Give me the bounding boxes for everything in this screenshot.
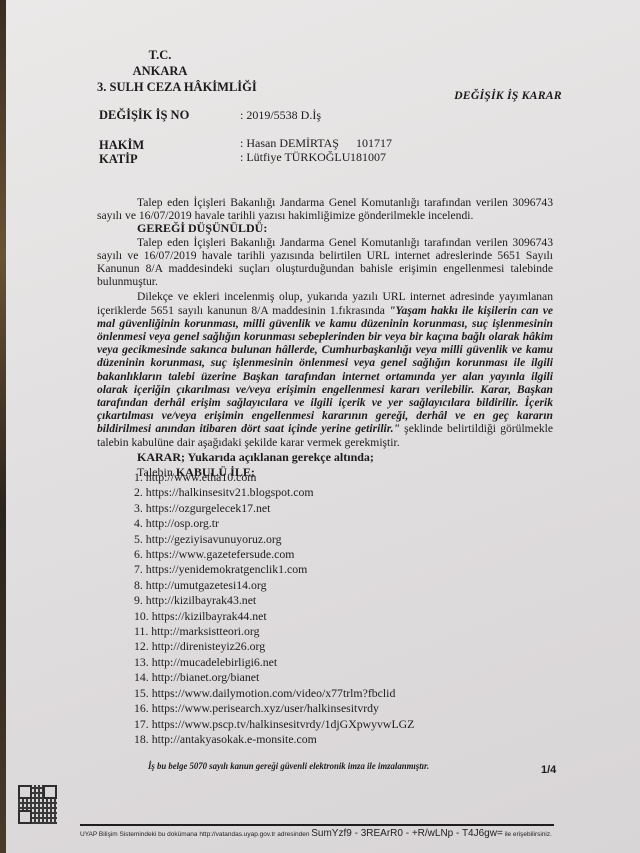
e-signature-note: İş bu belge 5070 sayılı kanun gereği güv… (148, 762, 429, 772)
url-item: 9. http://kizilbayrak43.net (134, 593, 414, 608)
url-item: 4. http://osp.org.tr (134, 516, 414, 531)
url-item: 13. http://mucadelebirligi6.net (134, 655, 414, 670)
url-item: 12. http://direnisteyiz26.org (134, 639, 414, 654)
uyap-code: SumYzf9 - 3REArR0 - +R/wLNp - T4J6gw= (311, 828, 503, 839)
blocked-url-list: 1. http://www.etha10.com 2. https://halk… (134, 470, 414, 747)
url-item: 3. https://ozgurgelecek17.net (134, 501, 414, 516)
document-body: Talep eden İçişleri Bakanlığı Jandarma G… (97, 196, 553, 480)
header-court: 3. SULH CEZA HÂKİMLİĞİ (97, 80, 257, 95)
uyap-suffix: ile erişebilirsiniz. (503, 831, 552, 838)
document-type-title: DEĞİŞİK İŞ KARAR (454, 88, 562, 103)
judge-id: 101717 (356, 136, 392, 151)
url-item: 5. http://geziyisavunuyoruz.org (134, 532, 414, 547)
url-item: 11. http://marksistteori.org (134, 624, 414, 639)
url-item: 2. https://halkinsesitv21.blogspot.com (134, 485, 414, 500)
url-item: 7. https://yenidemokratgenclik1.com (134, 562, 414, 577)
footer-divider (80, 824, 554, 826)
url-item: 15. https://www.dailymotion.com/video/x7… (134, 686, 414, 701)
request-paragraph: Talep eden İçişleri Bakanlığı Jandarma G… (97, 236, 553, 289)
url-item: 8. http://umutgazetesi14.org (134, 578, 414, 593)
decision-heading: KARAR; Yukarıda açıklanan gerekçe altınd… (97, 450, 553, 465)
judge-name: : Hasan DEMİRTAŞ (240, 136, 339, 151)
judge-label: HAKİM (99, 138, 144, 153)
url-item: 10. https://kizilbayrak44.net (134, 609, 414, 624)
header-country: T.C. (130, 48, 190, 63)
url-item: 14. http://bianet.org/bianet (134, 670, 414, 685)
case-number-value: : 2019/5538 D.İş (240, 108, 321, 123)
reasoning-paragraph: Dilekçe ve ekleri incelenmiş olup, yukar… (97, 290, 553, 448)
section-heading: GEREĞİ DÜŞÜNÜLDÜ: (97, 222, 553, 235)
qr-code-icon (18, 785, 57, 824)
url-item: 17. https://www.pscp.tv/halkinsesitvrdy/… (134, 717, 414, 732)
clerk-id: 181007 (350, 150, 386, 165)
page-number: 1/4 (541, 764, 556, 776)
url-item: 6. https://www.gazetefersude.com (134, 547, 414, 562)
law-quote: "Yaşam hakkı ile kişilerin can ve mal gü… (97, 304, 553, 436)
url-item: 1. http://www.etha10.com (134, 470, 414, 485)
header-city: ANKARA (110, 64, 210, 79)
uyap-prefix: UYAP Bilişim Sistemindeki bu dokümana ht… (80, 831, 311, 838)
url-item: 16. https://www.perisearch.xyz/user/halk… (134, 701, 414, 716)
uyap-verification-line: UYAP Bilişim Sistemindeki bu dokümana ht… (80, 828, 552, 839)
intro-paragraph: Talep eden İçişleri Bakanlığı Jandarma G… (97, 196, 553, 222)
clerk-name: : Lütfiye TÜRKOĞLU (240, 150, 350, 165)
case-number-label: DEĞİŞİK İŞ NO (99, 108, 189, 123)
url-item: 18. http://antakyasokak.e-monsite.com (134, 732, 414, 747)
clerk-label: KATİP (99, 152, 138, 167)
